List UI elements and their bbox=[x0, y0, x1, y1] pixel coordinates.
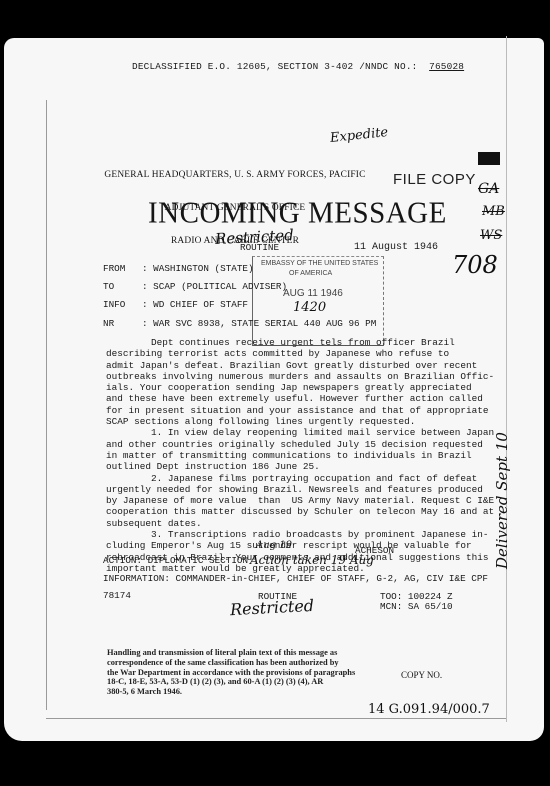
body-line: cluding Emperor's Aug 15 surrender rescr… bbox=[106, 540, 501, 551]
declassification-line: DECLASSIFIED E.O. 12605, SECTION 3-402 /… bbox=[132, 61, 464, 72]
page-border-bottom bbox=[46, 718, 506, 719]
handwritten-action-date: Aug 19 bbox=[256, 540, 292, 551]
body-line: and these have been extremely useful. Ho… bbox=[106, 393, 501, 404]
body-line: cooperation this matter discussed by Sch… bbox=[106, 506, 501, 517]
handling-note: Handling and transmission of literal pla… bbox=[107, 648, 355, 697]
body-line: outlined Dept instruction 186 June 25. bbox=[106, 461, 501, 472]
handwritten-file-number: 14 G.091.94/000.7 bbox=[368, 702, 490, 717]
body-line: 1. In view delay reopening limited mail … bbox=[106, 427, 501, 438]
field-label: FROM bbox=[103, 263, 125, 274]
information-label: INFORMATION: bbox=[103, 573, 170, 584]
handwritten-initial-1: GA bbox=[478, 181, 499, 197]
redacted-mark bbox=[478, 152, 500, 165]
handling-note-line: 380-5, 6 March 1946. bbox=[107, 687, 355, 697]
body-line: outbreaks involving numerous murders and… bbox=[106, 371, 501, 382]
handwritten-initial-3: WS bbox=[480, 228, 502, 243]
field-value: WAR SVC 8938, STATE SERIAL 440 AUG 96 PM bbox=[153, 318, 376, 329]
handwritten-initial-2: MB bbox=[482, 204, 505, 219]
precedence: ROUTINE bbox=[240, 242, 279, 253]
body-line: in matter of transmitting communications… bbox=[106, 450, 501, 461]
body-line: urgently needed for showing Brazil. News… bbox=[106, 484, 501, 495]
body-line: SCAP sections along following lines urge… bbox=[106, 416, 501, 427]
stamp-date: AUG 11 1946 bbox=[283, 288, 343, 299]
field-label: NR bbox=[103, 318, 114, 329]
mcn: MCN: SA 65/10 bbox=[380, 601, 453, 612]
handling-note-line: correspondence of the same classificatio… bbox=[107, 658, 355, 668]
field-info: INFO: WD CHIEF OF STAFF bbox=[103, 299, 125, 310]
field-from: FROM: WASHINGTON (STATE) bbox=[103, 263, 125, 274]
field-value: WD CHIEF OF STAFF bbox=[153, 299, 248, 310]
message-number: 78174 bbox=[103, 590, 131, 601]
nndc-number: 765028 bbox=[429, 61, 464, 72]
handling-note-line: Handling and transmission of literal pla… bbox=[107, 648, 355, 658]
body-line: 2. Japanese films portraying occupation … bbox=[106, 473, 501, 484]
message-date: 11 August 1946 bbox=[354, 242, 438, 253]
body-line: Dept continues receive urgent tels from … bbox=[106, 337, 501, 348]
document-title: INCOMING MESSAGE bbox=[148, 196, 447, 231]
action-value: DIPLOMATIC SECTION bbox=[148, 555, 248, 566]
body-line: ials. Your cooperation sending Jap newsp… bbox=[106, 382, 501, 393]
handwritten-margin-note: Delivered Sept 10 bbox=[493, 429, 511, 569]
body-line: admit Japan's defeat. Brazilian Govt gre… bbox=[106, 360, 501, 371]
stamp-line-2: OF AMERICA bbox=[289, 270, 332, 277]
action-label: ACTION: bbox=[103, 555, 142, 566]
handling-note-line: the War Department in accordance with th… bbox=[107, 668, 355, 678]
information-line: INFORMATION: COMMANDER-in-CHIEF, CHIEF O… bbox=[103, 573, 488, 584]
letterhead-line-1: GENERAL HEADQUARTERS, U. S. ARMY FORCES,… bbox=[60, 170, 410, 181]
field-label: TO bbox=[103, 281, 114, 292]
stamp-line-1: EMBASSY OF THE UNITED STATES bbox=[261, 260, 378, 267]
handwritten-number: 708 bbox=[452, 251, 498, 279]
page-border-right bbox=[506, 36, 507, 722]
action-line: ACTION: DIPLOMATIC SECTION bbox=[103, 555, 248, 566]
field-to: TO: SCAP (POLITICAL ADVISER) bbox=[103, 281, 114, 292]
copy-number-label: COPY NO. bbox=[401, 670, 442, 680]
handwritten-action-note: Action taken 19 Aug bbox=[250, 553, 374, 567]
handling-note-line: 18-C, 18-E, 53-A, 53-D (1) (2) (3), and … bbox=[107, 677, 355, 687]
body-line: and other countries originally scheduled… bbox=[106, 439, 501, 450]
field-value: SCAP (POLITICAL ADVISER) bbox=[153, 281, 287, 292]
file-copy-stamp: FILE COPY bbox=[393, 171, 476, 188]
field-value: WASHINGTON (STATE) bbox=[153, 263, 253, 274]
body-line: describing terrorist acts committed by J… bbox=[106, 348, 501, 359]
body-line: subsequent dates. bbox=[106, 518, 501, 529]
field-label: INFO bbox=[103, 299, 125, 310]
stamp-time: 1420 bbox=[293, 300, 326, 315]
body-line: by Japanese of more value than US Army N… bbox=[106, 495, 501, 506]
declassification-text: DECLASSIFIED E.O. 12605, SECTION 3-402 /… bbox=[132, 61, 417, 72]
body-line: 3. Transcriptions radio broadcasts by pr… bbox=[106, 529, 501, 540]
information-value: COMMANDER-in-CHIEF, CHIEF OF STAFF, G-2,… bbox=[176, 573, 488, 584]
received-stamp: EMBASSY OF THE UNITED STATES OF AMERICA … bbox=[252, 256, 384, 346]
body-line: for in present situation and your assist… bbox=[106, 405, 501, 416]
page-border-left bbox=[46, 100, 47, 710]
message-body: Dept continues receive urgent tels from … bbox=[106, 337, 501, 574]
field-nr: NR: WAR SVC 8938, STATE SERIAL 440 AUG 9… bbox=[103, 318, 114, 329]
